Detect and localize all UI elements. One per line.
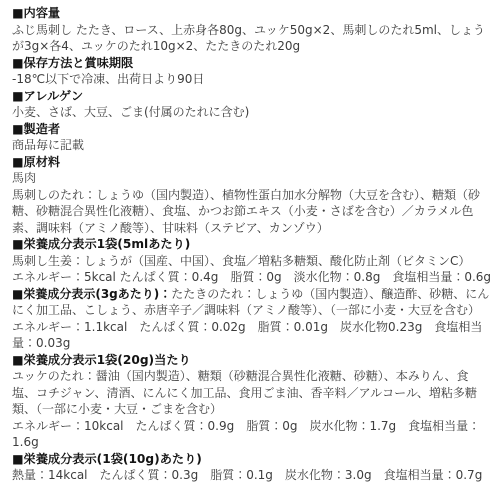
ingredients-sauce-text: 馬刺しのたれ：しょうゆ（国内製造）、植物性蛋白加水分解物（大豆を含む）、糖類（砂… [12,187,492,237]
nutrition-5ml-values-text: エネルギー：5kcal たんぱく質：0.4g 脂質：0g 淡水化物：0.8g 食… [12,269,492,286]
section-heading-ingredients: ■原材料 [12,154,492,171]
section-nutrition-5ml: ■栄養成分表示1袋(5mlあたり) 馬刺し生姜：しょうが（国産、中国）、食塩／増… [12,236,492,286]
section-heading-nutrition-10g: ■栄養成分表示(1袋(10g)あたり) [12,451,492,468]
nutrition-3g-ingredients-line: ■栄養成分表示(3gあたり)：たたきのたれ：しょうゆ（国内製造）、醸造酢、砂糖、… [12,286,492,319]
allergens-text: 小麦、さば、大豆、ごま(付属のたれに含む) [12,104,492,121]
section-heading-nutrition-3g: ■栄養成分表示(3gあたり)： [12,287,171,301]
product-info-document: ■内容量 ふじ馬刺し たたき、ロース、上赤身各80g、ユッケ50g×2、馬刺しの… [0,0,500,484]
section-contents: ■内容量 ふじ馬刺し たたき、ロース、上赤身各80g、ユッケ50g×2、馬刺しの… [12,5,492,55]
contents-text: ふじ馬刺し たたき、ロース、上赤身各80g、ユッケ50g×2、馬刺しのたれ5ml… [12,22,492,55]
section-nutrition-20g: ■栄養成分表示1袋(20g)当たり ユッケのたれ：醤油（国内製造）、糖類（砂糖混… [12,352,492,451]
section-heading-manufacturer: ■製造者 [12,121,492,138]
section-heading-nutrition-5ml: ■栄養成分表示1袋(5mlあたり) [12,236,492,253]
nutrition-10g-values-text: 熱量：14kcal たんぱく質：0.3g 脂質：0.1g 炭水化物：3.0g 食… [12,467,492,484]
section-heading-storage: ■保存方法と賞味期限 [12,55,492,72]
nutrition-5ml-ingredients-text: 馬刺し生姜：しょうが（国産、中国）、食塩／増粘多糖類、酸化防止剤（ビタミンC） [12,253,492,270]
section-allergens: ■アレルゲン 小麦、さば、大豆、ごま(付属のたれに含む) [12,88,492,121]
section-heading-contents: ■内容量 [12,5,492,22]
storage-text: -18℃以下で冷凍、出荷日より90日 [12,71,492,88]
nutrition-3g-values-text: エネルギー：1.1kcal たんぱく質：0.02g 脂質：0.01g 炭水化物0… [12,319,492,352]
section-ingredients: ■原材料 馬肉 馬刺しのたれ：しょうゆ（国内製造）、植物性蛋白加水分解物（大豆を… [12,154,492,237]
section-heading-nutrition-20g: ■栄養成分表示1袋(20g)当たり [12,352,492,369]
section-nutrition-3g: ■栄養成分表示(3gあたり)：たたきのたれ：しょうゆ（国内製造）、醸造酢、砂糖、… [12,286,492,352]
section-manufacturer: ■製造者 商品毎に記載 [12,121,492,154]
section-nutrition-10g: ■栄養成分表示(1袋(10g)あたり) 熱量：14kcal たんぱく質：0.3g… [12,451,492,484]
nutrition-20g-values-text: エネルギー：10kcal たんぱく質：0.9g 脂質：0g 炭水化物：1.7g … [12,418,492,451]
manufacturer-text: 商品毎に記載 [12,137,492,154]
nutrition-20g-ingredients-text: ユッケのたれ：醤油（国内製造）、糖類（砂糖混合異性化液糖、砂糖）、本みりん、食塩… [12,368,492,418]
section-storage: ■保存方法と賞味期限 -18℃以下で冷凍、出荷日より90日 [12,55,492,88]
ingredients-meat-text: 馬肉 [12,170,492,187]
section-heading-allergens: ■アレルゲン [12,88,492,105]
